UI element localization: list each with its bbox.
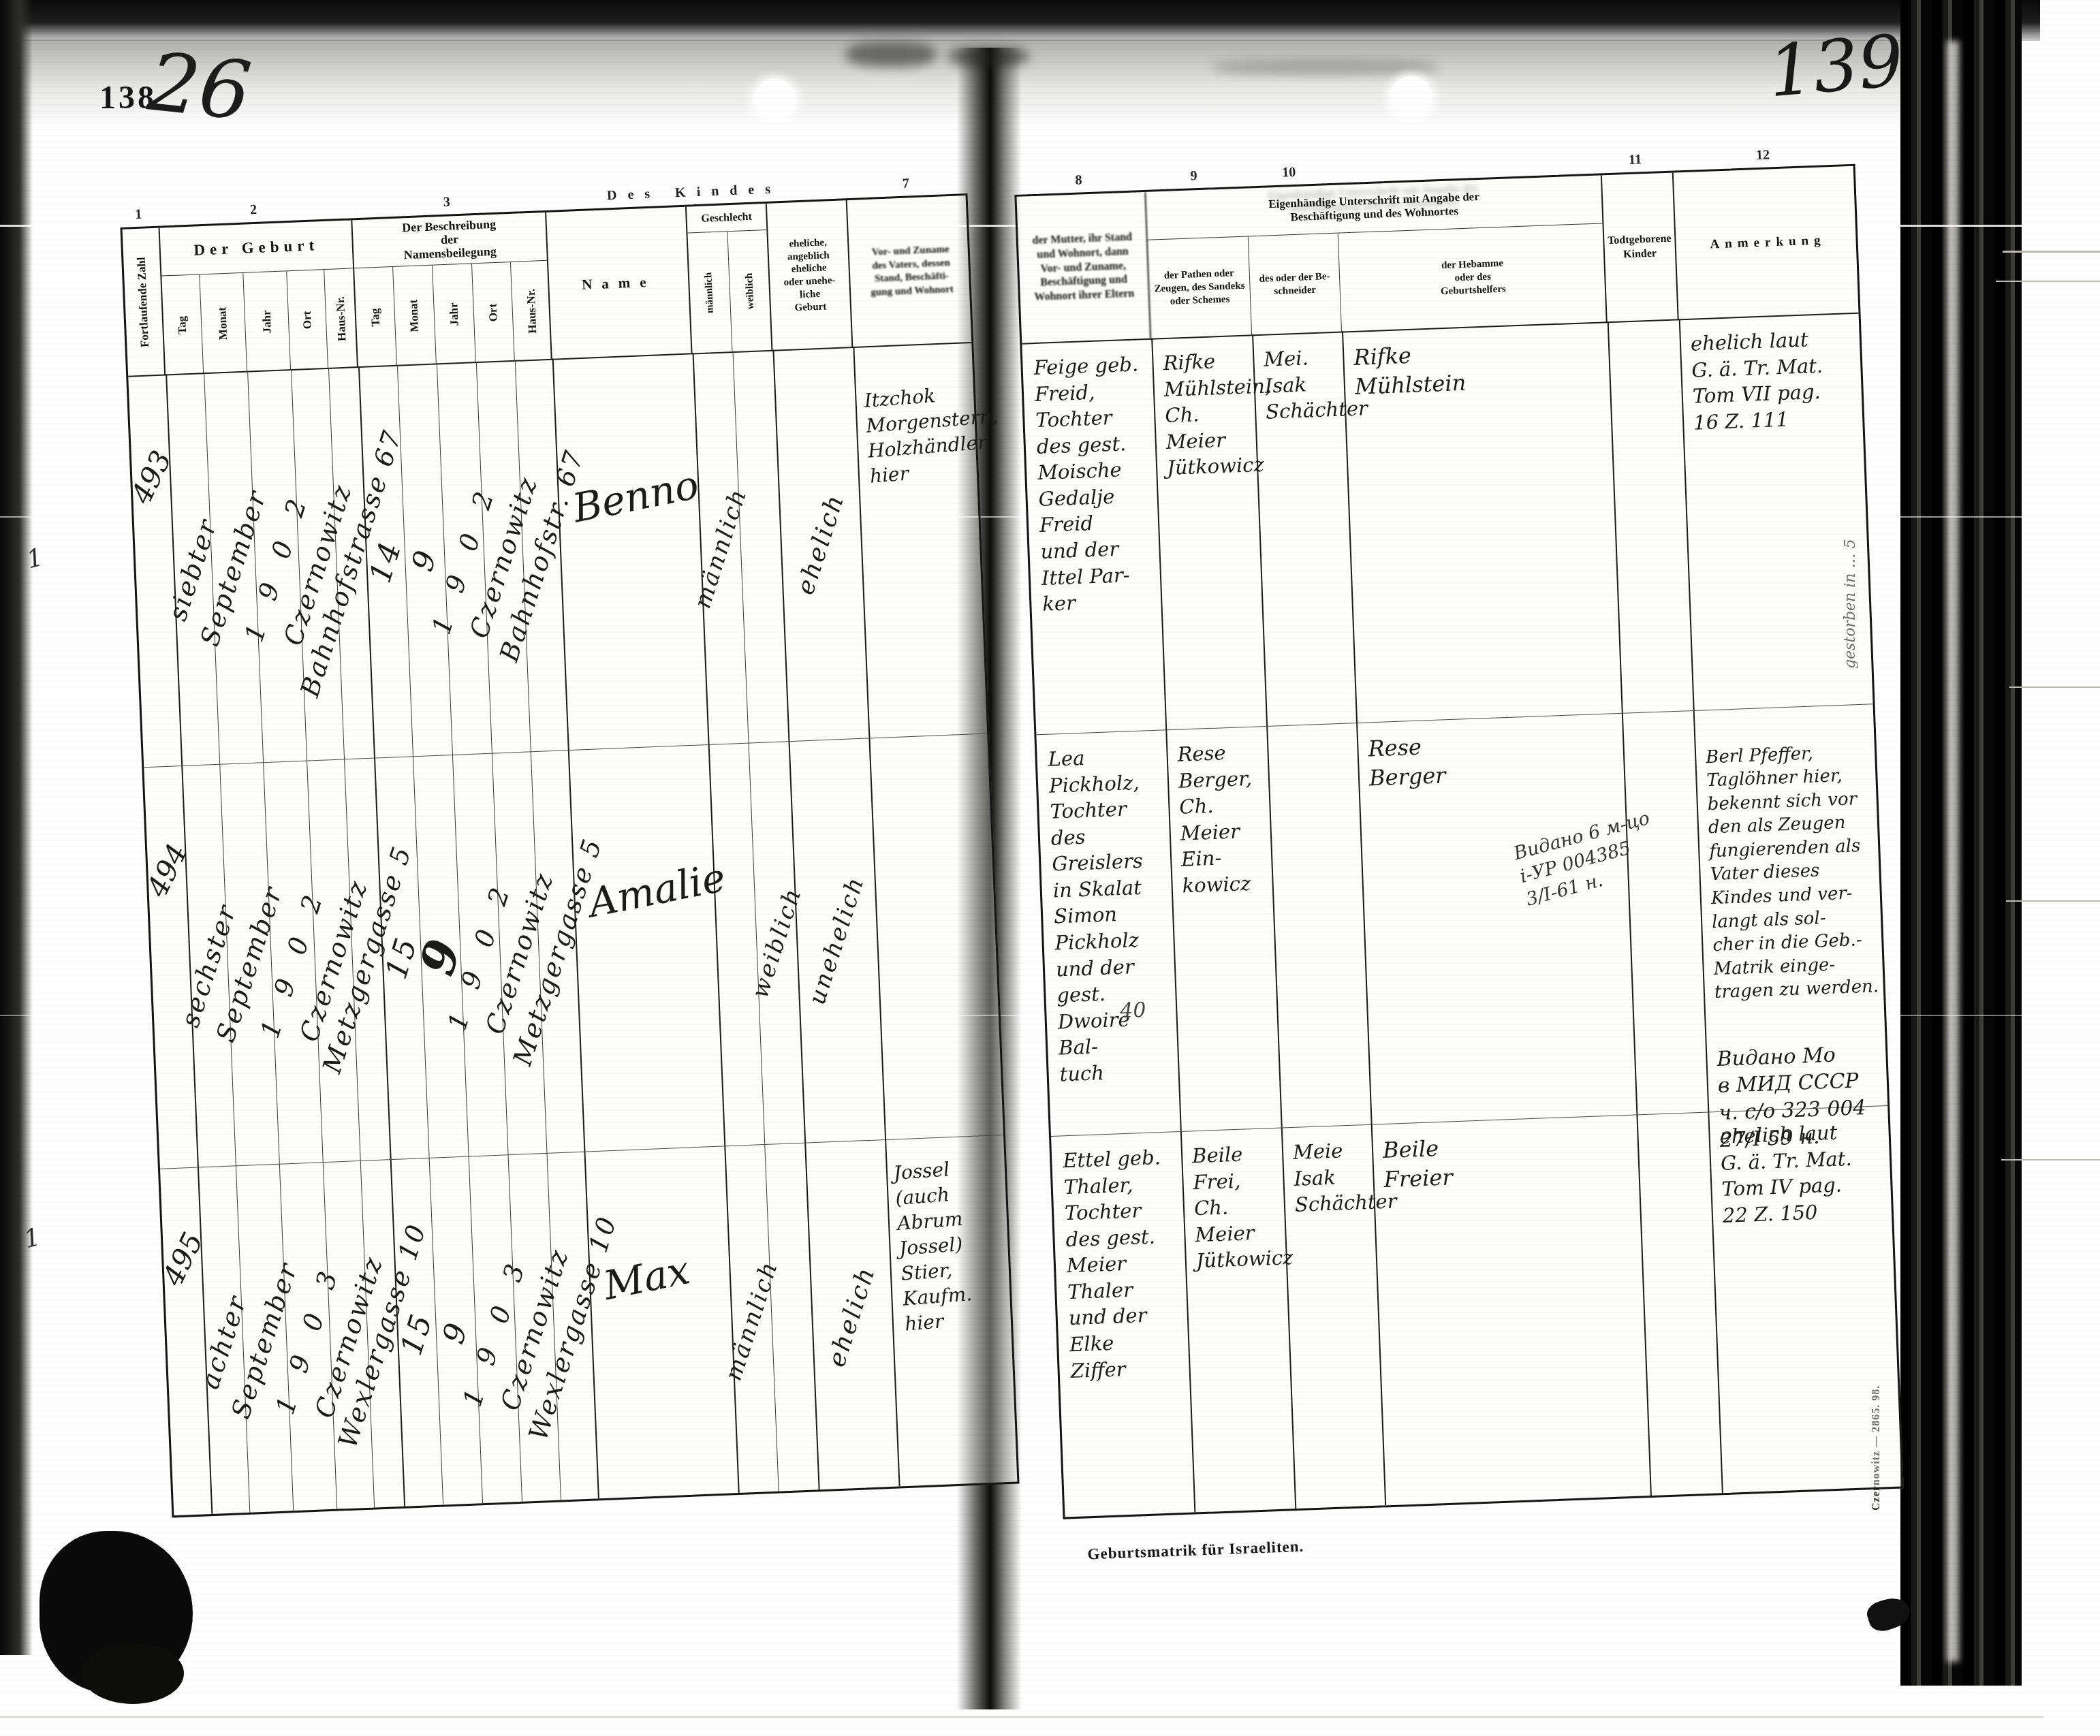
circumciser [1266, 723, 1373, 1194]
child-name: Amalie [584, 854, 729, 926]
register-row: 495 achter September 1 9 0 3 Czernowitz … [160, 1135, 1018, 1519]
register-row: Feige geb. Freid, Tochter des gest. Mois… [1022, 313, 1872, 735]
col-number [1334, 161, 1599, 170]
remark-paternity-note: Berl Pfeffer, Taglöhner hier, bekennt si… [1706, 740, 1880, 1005]
col-number: 12 [1671, 144, 1855, 166]
right-table: der Mutter, ihr Stand und Wohnort, dann … [1014, 164, 1903, 1519]
remark-header: Anmerkung [1674, 166, 1863, 320]
margin-streak [2009, 686, 2100, 688]
ink-smudge-top-center-2 [948, 46, 1029, 67]
naming-group-header: Der Beschreibung der Namensbeilegung Tag… [352, 212, 552, 367]
mother-header: der Mutter, ihr Stand und Wohnort, dann … [1016, 192, 1151, 344]
father [868, 731, 994, 780]
sex-header: Geschlecht männlich weiblich [687, 204, 773, 354]
jahr-header: Jahr [243, 271, 291, 371]
register-row: Lea Pickholz, Tochter des Greislers in S… [1036, 704, 1887, 1136]
register-right-page: 8 9 10 11 12 der Mutter, ihr Stand und W… [1014, 140, 1904, 1519]
ink-smudge-top-center [846, 42, 936, 67]
circumciser: Mei. Isak Schächter [1252, 331, 1356, 725]
scanned-register-spread: 138 26 139 1 1 gestorben in … 5 Czernowi… [0, 0, 2100, 1736]
midwife-header: der Hebamme oder des Geburtshelfers [1338, 223, 1608, 332]
signature-group-header: Eigenhändige Unterschrift mit Angabe der… [1146, 175, 1607, 338]
tag-header: Tag [354, 267, 397, 367]
stillborn-header: Todtgeborene Kinder [1602, 173, 1679, 323]
remark: ehelich laut G. ä. Tr. Mat. Tom VII pag.… [1679, 312, 1877, 710]
left-table-body: 493 siebter September 1 9 0 2 Czernowitz… [128, 342, 1017, 1515]
col-number: 8 [1014, 170, 1144, 191]
naming-day: 15 [394, 1308, 439, 1359]
witnesses: Rifke Mühlstein, Ch. Meier Jütkowicz [1151, 334, 1266, 729]
tag-header: Tag [161, 274, 204, 375]
stray-number: 40 [1120, 998, 1146, 1023]
register-row: 493 siebter September 1 9 0 2 Czernowitz… [128, 342, 987, 767]
name-header: Name [546, 207, 693, 360]
col-number: 7 [844, 174, 967, 194]
male-header: männlich [687, 232, 732, 353]
midwife: Beile Freier [1371, 1114, 1650, 1474]
ort-header: Ort [472, 262, 515, 362]
ink-smudge-right-header [1212, 60, 1437, 75]
col-number: 3 [349, 190, 544, 213]
punch-hole-right [1390, 76, 1432, 119]
birth-type: unehelich [804, 872, 871, 1008]
witnesses-header: der Pathen oder Zeugen, des Sandeks oder… [1148, 236, 1252, 338]
margin-streak [2003, 251, 2100, 253]
father: Itzchok Morgenstern, Holzhändler hier [851, 340, 984, 490]
stillborn [1636, 1112, 1721, 1466]
margin-streak [2001, 1159, 2100, 1161]
birth-type-header: eheliche, angeblich eheliche oder unehe-… [767, 200, 853, 351]
child-name: Max [599, 1246, 693, 1309]
naming-month: 9 [436, 1316, 475, 1347]
col-number: 9 [1143, 166, 1244, 185]
birth-type: ehelich [792, 490, 850, 597]
punch-hole-left [753, 79, 796, 122]
col-number: 10 [1244, 163, 1334, 182]
left-table: Fortlaufende Zahl Der Geburt Tag Monat J… [120, 193, 1019, 1517]
scan-right-edge [1900, 0, 2022, 1686]
right-table-body: Feige geb. Freid, Tochter des gest. Mois… [1022, 313, 1901, 1517]
serial-number-header: Fortlaufende Zahl [123, 228, 166, 377]
handwritten-annotation-left: 26 [144, 35, 255, 139]
female-header: weiblich [727, 230, 772, 351]
birth-type: ehelich [823, 1262, 881, 1370]
naming-day: 14 [362, 536, 408, 587]
monat-header: Monat [393, 266, 437, 366]
margin-streak [2006, 900, 2100, 902]
naming-month: 9 [405, 544, 444, 575]
witnesses: Beile Frei, Ch. Meier Jütkowicz [1180, 1128, 1294, 1482]
witnesses: Rese Berger, Ch. Meier Ein- kowicz [1165, 726, 1283, 1198]
hausnr-header: Haus-Nr. [324, 268, 358, 368]
bottom-streak [0, 1716, 2043, 1718]
col-number: 1 [119, 206, 157, 223]
col-number: 11 [1599, 151, 1672, 169]
midwife: Rifke Mühlstein [1342, 321, 1622, 723]
register-row: 494 sechster September 1 9 0 2 Czernowit… [144, 733, 1003, 1168]
hausnr-header: Haus-Nr. [511, 261, 552, 361]
father-header: Vor- und Zuname des Vaters, dessen Stand… [847, 195, 976, 347]
margin-streak [1996, 281, 2100, 282]
handwritten-page-number-right: 139 [1765, 19, 1907, 114]
stillborn [1608, 319, 1693, 712]
scan-top-edge [0, 0, 2040, 41]
child-name: Benno [569, 461, 702, 531]
ink-blot-bottom-left-2 [82, 1643, 184, 1704]
jahr-header: Jahr [433, 264, 476, 364]
register-row: Ettel geb. Thaler, Tochter des gest. Mei… [1051, 1105, 1900, 1487]
birth-group-header: Der Geburt Tag Monat Jahr Ort Haus-Nr. [160, 220, 358, 375]
mother: Feige geb. Freid, Tochter des gest. Mois… [1022, 338, 1165, 735]
mother: Ettel geb. Thaler, Tochter des gest. Mei… [1051, 1131, 1193, 1487]
father: Jossel (auch Abrum Jossel) Stier, Kaufm.… [881, 1133, 1018, 1338]
register-left-page: 1 2 3 Des Kindes 7 Fortlaufende Zahl Der… [119, 169, 1020, 1517]
col-number: 2 [157, 198, 350, 221]
circumciser: Meie Isak Schächter [1281, 1124, 1384, 1478]
remark: ehelich laut G. ä. Tr. Mat. Tom IV pag. … [1708, 1105, 1905, 1463]
scan-right-streak [1947, 41, 1959, 1662]
monat-header: Monat [200, 273, 247, 373]
scan-left-edge [0, 0, 33, 1655]
circumciser-header: des oder der Be- schneider [1249, 234, 1342, 336]
ort-header: Ort [287, 270, 328, 370]
